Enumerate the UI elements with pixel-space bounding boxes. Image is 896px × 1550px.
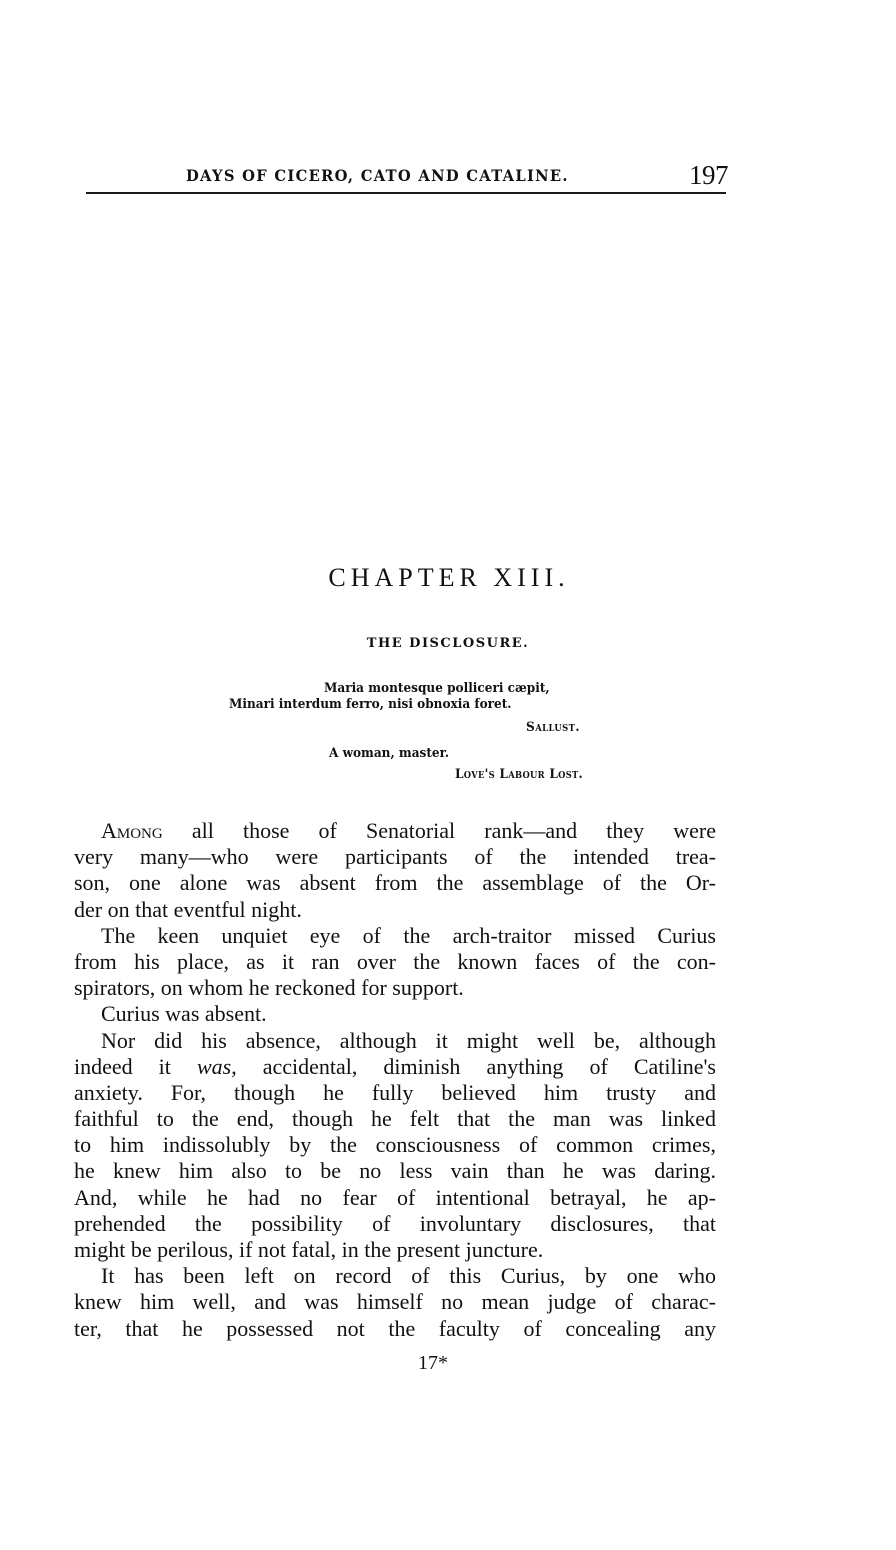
text-line: prehended the possibility of involuntary… — [74, 1211, 716, 1237]
epigraph-attribution-sallust: Sallust. — [526, 720, 580, 735]
signature-mark: 17* — [0, 1352, 896, 1375]
text-line: It has been left on record of this Curiu… — [74, 1263, 716, 1289]
running-title: DAYS OF CICERO, CATO AND CATALINE. — [186, 166, 569, 185]
epigraph-english-line: A woman, master. — [329, 746, 449, 761]
text-line: der on that eventful night. — [74, 897, 716, 923]
text-line: from his place, as it ran over the known… — [74, 949, 716, 975]
text-line: anxiety. For, though he fully believed h… — [74, 1080, 716, 1106]
chapter-title: CHAPTER XIII. — [0, 563, 896, 593]
body-text: Among all those of Senatorial rank—and t… — [74, 818, 716, 1342]
running-head: DAYS OF CICERO, CATO AND CATALINE. 197 — [86, 160, 728, 190]
chapter-title-text: CHAPTER XIII. — [328, 563, 569, 593]
text-line: faithful to the end, though he felt that… — [74, 1106, 716, 1132]
signature-mark-text: 17* — [418, 1352, 448, 1375]
text-line: knew him well, and was himself no mean j… — [74, 1289, 716, 1315]
text-line: son, one alone was absent from the assem… — [74, 870, 716, 896]
text-line: And, while he had no fear of intentional… — [74, 1185, 716, 1211]
text-line: very many—who were participants of the i… — [74, 844, 716, 870]
page-number: 197 — [689, 160, 728, 191]
text-line: to him indissolubly by the consciousness… — [74, 1132, 716, 1158]
epigraph-latin-line-1: Maria montesque polliceri cæpit, — [324, 681, 550, 696]
text-fragment: indeed it — [74, 1054, 197, 1079]
text-fragment: all those of Senatorial rank—and they we… — [163, 818, 716, 843]
epigraph-attribution-shakespeare: Love's Labour Lost. — [455, 767, 583, 782]
text-fragment: , accidental, diminish anything of Catil… — [231, 1054, 716, 1079]
text-line: Curius was absent. — [74, 1001, 716, 1027]
epigraph-latin-line-2: Minari interdum ferro, nisi obnoxia fore… — [229, 697, 511, 712]
text-line: spirators, on whom he reckoned for suppo… — [74, 975, 716, 1001]
chapter-subtitle: THE DISCLOSURE. — [0, 636, 896, 651]
text-line: ter, that he possessed not the faculty o… — [74, 1316, 716, 1342]
italic-emphasis: was — [197, 1054, 231, 1079]
text-line: might be perilous, if not fatal, in the … — [74, 1237, 716, 1263]
text-line: Among all those of Senatorial rank—and t… — [74, 818, 716, 844]
text-line: Nor did his absence, although it might w… — [74, 1028, 716, 1054]
header-rule — [86, 192, 726, 194]
text-line: The keen unquiet eye of the arch-traitor… — [74, 923, 716, 949]
text-line: indeed it was, accidental, diminish anyt… — [74, 1054, 716, 1080]
text-line: he knew him also to be no less vain than… — [74, 1158, 716, 1184]
lead-small-caps: Among — [101, 818, 163, 843]
